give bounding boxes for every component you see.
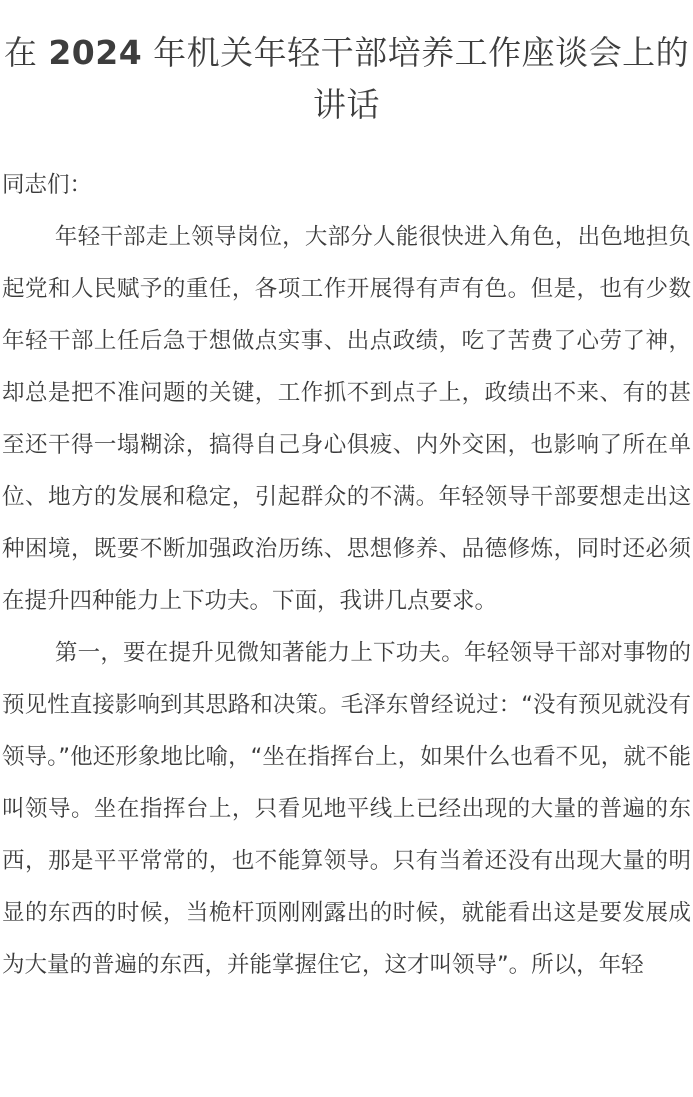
document: 在 2024 年机关年轻干部培养工作座谈会上的讲话 同志们： 年轻干部走上领导岗… [0,0,693,991]
document-title: 在 2024 年机关年轻干部培养工作座谈会上的讲话 [0,0,693,131]
title-year: 2024 [48,33,142,72]
paragraph-intro: 年轻干部走上领导岗位，大部分人能很快进入角色，出色地担负起党和人民赋予的重任，各… [2,211,691,627]
title-prefix: 在 [4,33,49,72]
salutation: 同志们： [2,159,691,211]
paragraph-point-one: 第一，要在提升见微知著能力上下功夫。年轻领导干部对事物的预见性直接影响到其思路和… [2,627,691,991]
title-suffix: 年机关年轻干部培养工作座谈会上的讲话 [142,33,689,124]
document-body: 同志们： 年轻干部走上领导岗位，大部分人能很快进入角色，出色地担负起党和人民赋予… [0,159,693,991]
